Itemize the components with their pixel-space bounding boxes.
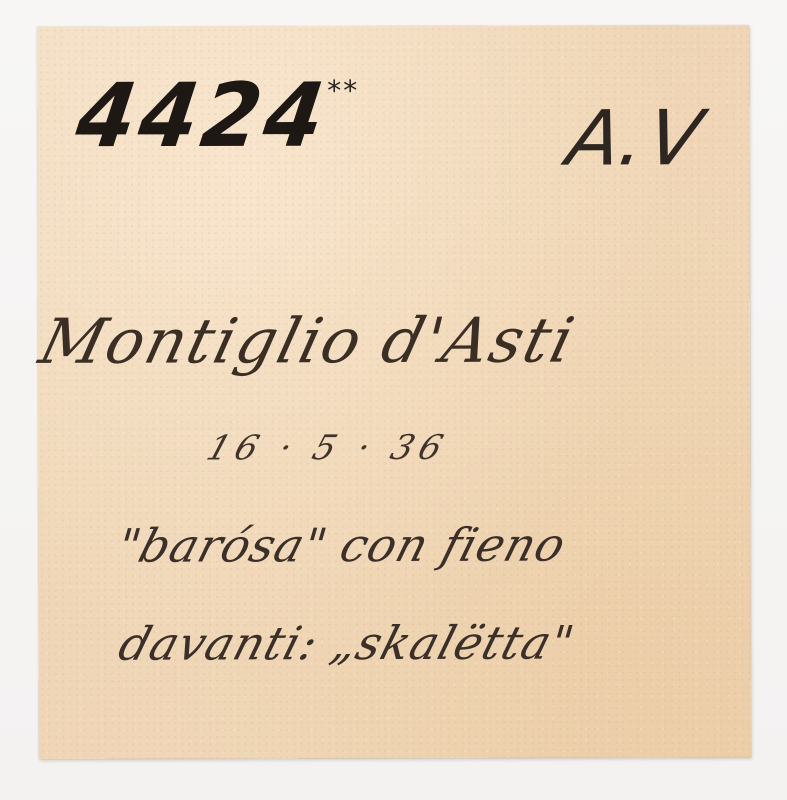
collector-initials: A.V xyxy=(553,93,718,182)
place-name: Montiglio d'Asti xyxy=(33,304,583,378)
photo-background: 4424 ** A.V Montiglio d'Asti 16 · 5 · 36… xyxy=(0,0,787,800)
catalog-star-marks: ** xyxy=(327,74,359,107)
specimen-label-card: 4424 ** A.V Montiglio d'Asti 16 · 5 · 36… xyxy=(37,25,751,759)
catalog-number: 4424 xyxy=(61,64,344,168)
note-line-1: "barósa" con fieno xyxy=(111,518,573,573)
collection-date: 16 · 5 · 36 xyxy=(202,428,454,469)
note-line-2: davanti: „skalëtta" xyxy=(113,616,581,671)
